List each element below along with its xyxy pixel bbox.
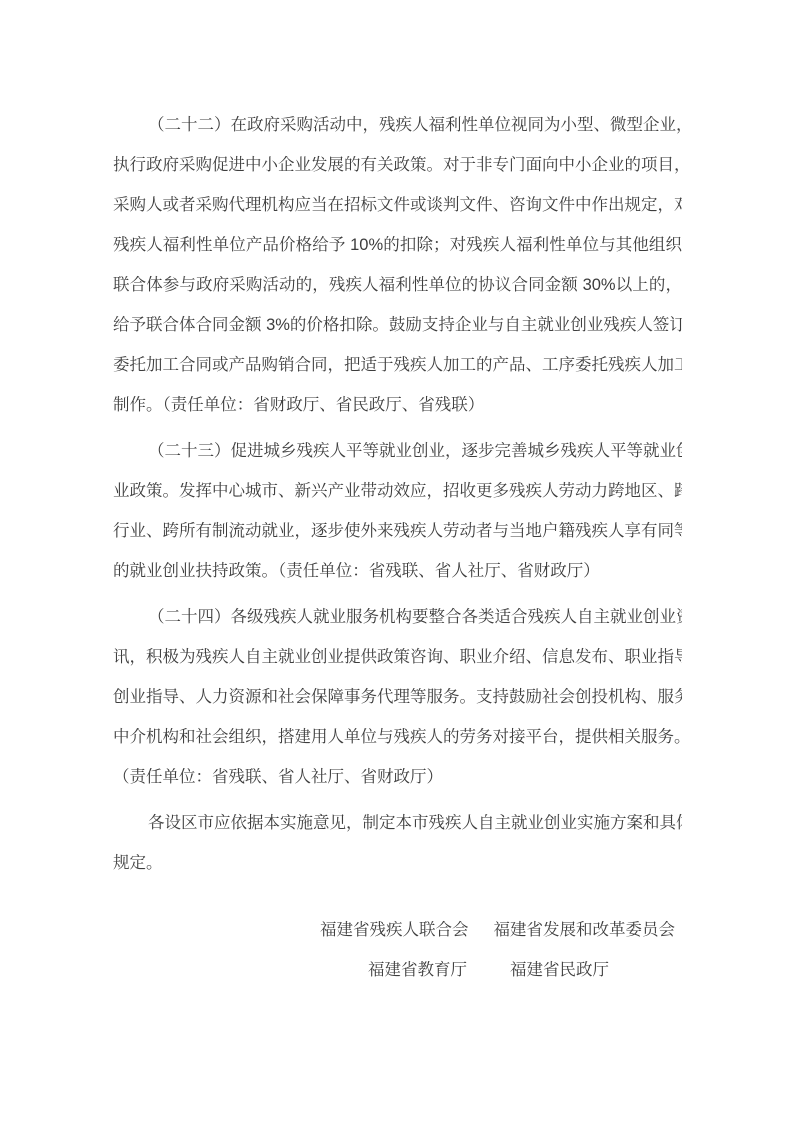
text-line: 规定。 [113,843,682,883]
text-line: 各设区市应依据本实施意见，制定本市残疾人自主就业创业实施方案和具体 [113,803,682,843]
paragraph: 各设区市应依据本实施意见，制定本市残疾人自主就业创业实施方案和具体 规定。 [113,803,682,883]
text-line: 业政策。发挥中心城市、新兴产业带动效应，招收更多残疾人劳动力跨地区、跨 [113,471,682,511]
text-line: 制作。（责任单位：省财政厅、省民政厅、省残联） [113,385,682,425]
text-line: （二十二）在政府采购活动中，残疾人福利性单位视同为小型、微型企业， [113,105,682,145]
text-line: 讯，积极为残疾人自主就业创业提供政策咨询、职业介绍、信息发布、职业指导、 [113,637,682,677]
text-line: （责任单位：省残联、省人社厅、省财政厅） [113,757,682,797]
text-line: （二十四）各级残疾人就业服务机构要整合各类适合残疾人自主就业创业资 [113,597,682,637]
text-line: 给予联合体合同金额 3%的价格扣除。鼓励支持企业与自主就业创业残疾人签订 [113,305,682,345]
signature-org: 福建省残疾人联合会 [320,910,469,950]
text-line: 创业指导、人力资源和社会保障事务代理等服务。支持鼓励社会创投机构、服务 [113,677,682,717]
signature-row: 福建省教育厅 福建省民政厅 [368,950,682,990]
text-line: 委托加工合同或产品购销合同，把适于残疾人加工的产品、工序委托残疾人加工 [113,345,682,385]
signature-block: 福建省残疾人联合会 福建省发展和改革委员会 福建省教育厅 福建省民政厅 [113,910,682,990]
text-line: （二十三）促进城乡残疾人平等就业创业，逐步完善城乡残疾人平等就业创 [113,431,682,471]
text-line: 执行政府采购促进中小企业发展的有关政策。对于非专门面向中小企业的项目， [113,145,682,185]
signature-org: 福建省教育厅 [368,950,467,990]
document-page: （二十二）在政府采购活动中，残疾人福利性单位视同为小型、微型企业， 执行政府采购… [113,105,682,990]
paragraph: （二十三）促进城乡残疾人平等就业创业，逐步完善城乡残疾人平等就业创 业政策。发挥… [113,431,682,591]
text-line: 中介机构和社会组织，搭建用人单位与残疾人的劳务对接平台，提供相关服务。 [113,717,682,757]
text-line: 联合体参与政府采购活动的，残疾人福利性单位的协议合同金额 30%以上的， [113,265,682,305]
paragraph: （二十二）在政府采购活动中，残疾人福利性单位视同为小型、微型企业， 执行政府采购… [113,105,682,425]
text-line: 的就业创业扶持政策。（责任单位：省残联、省人社厅、省财政厅） [113,551,682,591]
text-line: 采购人或者采购代理机构应当在招标文件或谈判文件、咨询文件中作出规定，对 [113,185,682,225]
text-line: 行业、跨所有制流动就业，逐步使外来残疾人劳动者与当地户籍残疾人享有同等 [113,511,682,551]
paragraph: （二十四）各级残疾人就业服务机构要整合各类适合残疾人自主就业创业资 讯，积极为残… [113,597,682,797]
signature-org: 福建省民政厅 [510,950,609,990]
signature-row: 福建省残疾人联合会 福建省发展和改革委员会 [320,910,682,950]
signature-org: 福建省发展和改革委员会 [494,910,676,950]
text-line: 残疾人福利性单位产品价格给予 10%的扣除；对残疾人福利性单位与其他组织 [113,225,682,265]
